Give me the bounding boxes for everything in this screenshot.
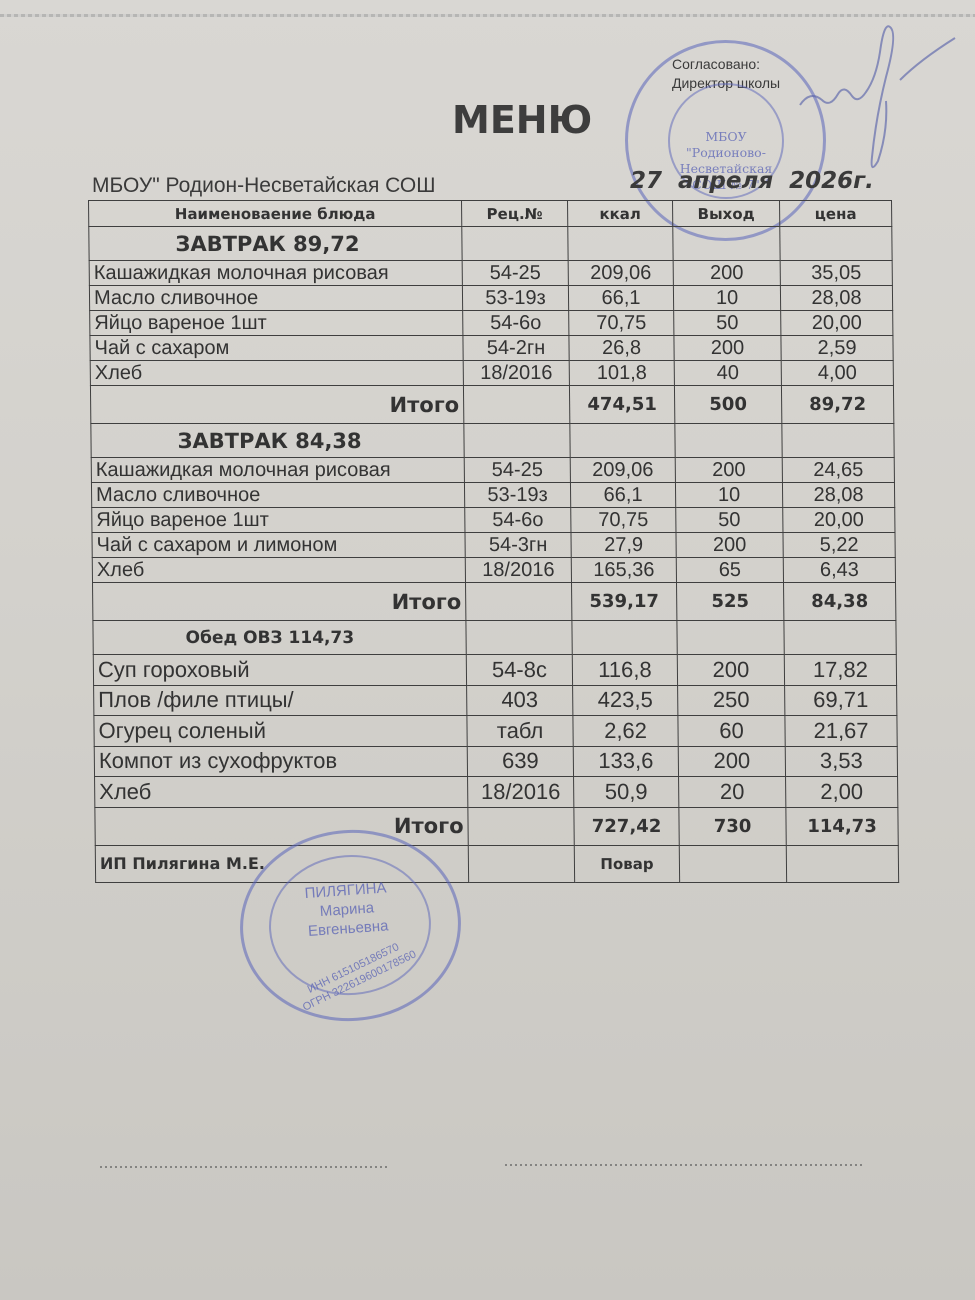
kcal-value: 70,75 xyxy=(571,508,676,533)
table-header-row: Наименоваение блюда Рец.№ ккал Выход цен… xyxy=(89,201,892,227)
recipe-number: 403 xyxy=(467,685,573,716)
table-row: Огурец соленыйтабл2,626021,67 xyxy=(94,716,897,747)
recipe-number: 54-6о xyxy=(463,311,569,336)
table-row: Плов /филе птицы/403423,525069,71 xyxy=(94,685,897,716)
recipe-number: 18/2016 xyxy=(465,558,571,583)
output-value: 50 xyxy=(676,508,783,533)
price-value: 35,05 xyxy=(780,261,892,286)
signature-row: ИП Пилягина М.Е. Повар xyxy=(95,845,898,882)
price-value: 17,82 xyxy=(784,655,896,686)
table-row: Масло сливочное53-19з66,11028,08 xyxy=(89,286,892,311)
dish-name: Чай с сахаром и лимоном xyxy=(92,533,465,558)
recipe-number: 54-25 xyxy=(462,261,568,286)
recipe-number: табл xyxy=(467,716,573,747)
kcal-value: 209,06 xyxy=(570,458,675,483)
total-price: 84,38 xyxy=(784,583,896,621)
price-value: 20,00 xyxy=(783,508,895,533)
output-value: 200 xyxy=(674,336,781,361)
dish-name: Хлеб xyxy=(92,558,465,583)
kcal-value: 165,36 xyxy=(571,558,676,583)
table-row: Кашажидкая молочная рисовая54-25209,0620… xyxy=(91,458,894,483)
section-title: Обед ОВЗ 114,73 xyxy=(93,621,466,655)
menu-date: 27 апреля 2026г. xyxy=(630,168,874,194)
recipe-number: 639 xyxy=(467,746,573,777)
dish-name: Масло сливочное xyxy=(89,286,462,311)
output-value: 65 xyxy=(676,558,783,583)
price-value: 4,00 xyxy=(781,361,893,386)
total-label: Итого xyxy=(93,583,466,621)
kcal-value: 423,5 xyxy=(573,685,678,716)
total-row: Итого539,1752584,38 xyxy=(93,583,896,621)
menu-body: ЗАВТРАК 89,72Кашажидкая молочная рисовая… xyxy=(89,227,898,846)
output-value: 200 xyxy=(676,533,783,558)
recipe-number: 54-2гн xyxy=(463,336,569,361)
kcal-value: 26,8 xyxy=(569,336,674,361)
total-price: 89,72 xyxy=(781,386,893,424)
section-title: ЗАВТРАК 89,72 xyxy=(89,227,462,261)
header-output: Выход xyxy=(673,201,780,227)
total-output: 500 xyxy=(674,386,781,424)
output-value: 40 xyxy=(674,361,781,386)
output-value: 10 xyxy=(673,286,780,311)
total-label: Итого xyxy=(95,807,468,845)
dish-name: Яйцо вареное 1шт xyxy=(92,508,465,533)
kcal-value: 133,6 xyxy=(573,746,678,777)
price-value: 21,67 xyxy=(785,716,897,747)
kcal-value: 209,06 xyxy=(568,261,673,286)
price-value: 3,53 xyxy=(785,746,897,777)
print-artifact-dots xyxy=(100,1166,390,1168)
dish-name: Компот из сухофруктов xyxy=(94,746,467,777)
recipe-number: 54-8с xyxy=(466,655,572,686)
header-dish: Наименоваение блюда xyxy=(89,201,462,227)
recipe-number: 18/2016 xyxy=(468,777,574,808)
price-value: 28,08 xyxy=(780,286,892,311)
recipe-number: 54-25 xyxy=(464,458,570,483)
price-value: 20,00 xyxy=(781,311,893,336)
table-row: Яйцо вареное 1шт54-6о70,755020,00 xyxy=(92,508,895,533)
table-row: Чай с сахаром и лимоном54-3гн27,92005,22 xyxy=(92,533,895,558)
header-kcal: ккал xyxy=(568,201,673,227)
section-title-row: ЗАВТРАК 84,38 xyxy=(91,424,894,458)
page-title: МЕНЮ xyxy=(452,98,592,142)
dish-name: Кашажидкая молочная рисовая xyxy=(91,458,464,483)
section-title: ЗАВТРАК 84,38 xyxy=(91,424,464,458)
header-recipe: Рец.№ xyxy=(462,201,568,227)
dish-name: Огурец соленый xyxy=(94,716,467,747)
table-row: Яйцо вареное 1шт54-6о70,755020,00 xyxy=(90,311,893,336)
table-row: Хлеб18/2016165,36656,43 xyxy=(92,558,895,583)
kcal-value: 101,8 xyxy=(569,361,674,386)
kcal-value: 27,9 xyxy=(571,533,676,558)
kcal-value: 66,1 xyxy=(568,286,673,311)
recipe-number: 18/2016 xyxy=(463,361,569,386)
recipe-number: 53-19з xyxy=(462,286,568,311)
header-price: цена xyxy=(780,201,892,227)
output-value: 200 xyxy=(677,655,784,686)
price-value: 28,08 xyxy=(782,483,894,508)
menu-table: Наименоваение блюда Рец.№ ккал Выход цен… xyxy=(88,200,899,883)
price-value: 5,22 xyxy=(783,533,895,558)
dish-name: Суп гороховый xyxy=(93,655,466,686)
recipe-number: 54-6о xyxy=(465,508,571,533)
price-value: 24,65 xyxy=(782,458,894,483)
table-row: Масло сливочное53-19з66,11028,08 xyxy=(91,483,894,508)
school-name: МБОУ" Родион-Несветайская СОШ xyxy=(92,174,435,198)
dish-name: Кашажидкая молочная рисовая xyxy=(89,261,462,286)
output-value: 10 xyxy=(675,483,782,508)
price-value: 69,71 xyxy=(785,685,897,716)
output-value: 50 xyxy=(674,311,781,336)
kcal-value: 66,1 xyxy=(570,483,675,508)
section-title-row: ЗАВТРАК 89,72 xyxy=(89,227,892,261)
print-artifact-dots xyxy=(505,1164,865,1166)
output-value: 60 xyxy=(678,716,785,747)
output-value: 200 xyxy=(678,746,785,777)
dish-name: Масло сливочное xyxy=(91,483,464,508)
kcal-value: 116,8 xyxy=(572,655,677,686)
total-label: Итого xyxy=(90,386,463,424)
section-title-row: Обед ОВЗ 114,73 xyxy=(93,621,896,655)
dish-name: Плов /филе птицы/ xyxy=(94,685,467,716)
table-row: Чай с сахаром54-2гн26,82002,59 xyxy=(90,336,893,361)
table-row: Хлеб18/2016101,8404,00 xyxy=(90,361,893,386)
kcal-value: 2,62 xyxy=(573,716,678,747)
total-row: Итого727,42730114,73 xyxy=(95,807,898,845)
output-value: 200 xyxy=(675,458,782,483)
total-output: 730 xyxy=(679,807,786,845)
price-value: 6,43 xyxy=(783,558,895,583)
dish-name: Хлеб xyxy=(90,361,463,386)
kcal-value: 50,9 xyxy=(574,777,679,808)
total-kcal: 539,17 xyxy=(572,583,677,621)
ip-stamp-text: ПИЛЯГИНА Марина Евгеньевна xyxy=(280,877,414,943)
table-row: Суп гороховый54-8с116,820017,82 xyxy=(93,655,896,686)
output-value: 200 xyxy=(673,261,780,286)
table-row: Кашажидкая молочная рисовая54-25209,0620… xyxy=(89,261,892,286)
total-kcal: 727,42 xyxy=(574,807,679,845)
output-value: 250 xyxy=(678,685,785,716)
price-value: 2,59 xyxy=(781,336,893,361)
recipe-number: 54-3гн xyxy=(465,533,571,558)
table-row: Компот из сухофруктов639133,62003,53 xyxy=(94,746,897,777)
dish-name: Яйцо вареное 1шт xyxy=(90,311,463,336)
output-value: 20 xyxy=(679,777,786,808)
kcal-value: 70,75 xyxy=(569,311,674,336)
dish-name: Хлеб xyxy=(95,777,468,808)
dish-name: Чай с сахаром xyxy=(90,336,463,361)
table-row: Хлеб18/201650,9202,00 xyxy=(95,777,898,808)
total-row: Итого474,5150089,72 xyxy=(90,386,893,424)
cook-label: Повар xyxy=(574,845,679,882)
total-output: 525 xyxy=(677,583,784,621)
total-price: 114,73 xyxy=(786,807,898,845)
recipe-number: 53-19з xyxy=(464,483,570,508)
price-value: 2,00 xyxy=(786,777,898,808)
director-signature xyxy=(780,10,970,170)
total-kcal: 474,51 xyxy=(569,386,674,424)
